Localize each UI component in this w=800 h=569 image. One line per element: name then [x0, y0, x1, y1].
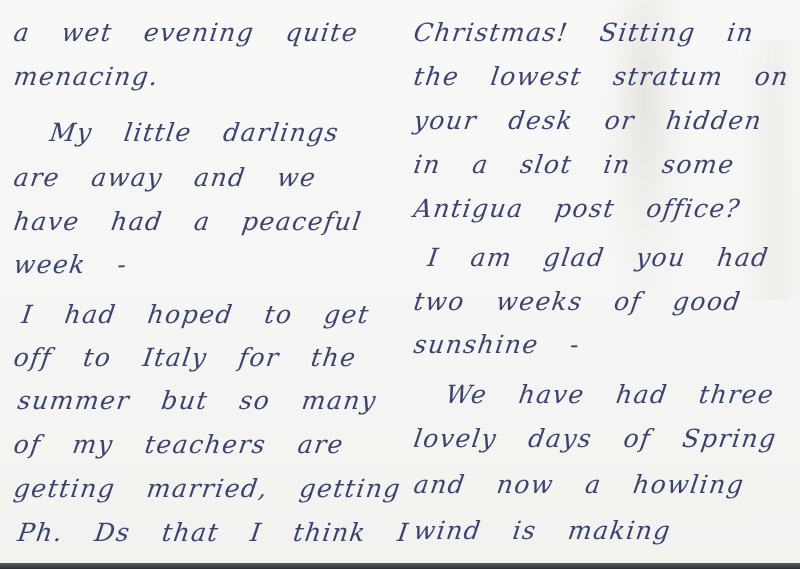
letter-line: getting married, getting	[12, 474, 403, 503]
letter-line: two weeks of good	[412, 287, 743, 316]
letter-line: of my teachers are	[12, 430, 346, 459]
letter-line: I am glad you had	[426, 243, 771, 272]
letter-line: Ph. Ds that I think I	[16, 518, 411, 547]
letter-line: a wet evening quite	[12, 18, 360, 47]
letter-sheet: a wet evening quite menacing. My little …	[0, 0, 800, 563]
letter-line: lovely days of Spring	[412, 424, 779, 453]
letter-page-right: Christmas! Sitting in the lowest stratum…	[400, 0, 800, 563]
letter-line: the lowest stratum on	[412, 62, 791, 91]
letter-line: sunshine -	[412, 330, 582, 359]
letter-line: Antigua post office?	[412, 194, 743, 223]
scan-bottom-edge	[0, 563, 800, 569]
letter-line: have had a peaceful	[12, 207, 364, 236]
letter-line: are away and we	[12, 163, 319, 192]
letter-line: your desk or hidden	[412, 106, 764, 135]
letter-line: Christmas! Sitting in	[412, 18, 756, 47]
letter-line: summer but so many	[16, 386, 379, 415]
letter-line: in a slot in some	[412, 150, 737, 179]
letter-line: menacing.	[12, 62, 161, 91]
letter-line: and now a howling	[412, 470, 747, 499]
letter-line: My little darlings	[48, 118, 341, 147]
letter-line: wind is making	[412, 516, 673, 545]
letter-line: I had hoped to get	[20, 300, 372, 329]
letter-line: off to Italy for the	[12, 343, 359, 372]
letter-line: We have had three	[444, 380, 776, 409]
letter-page-left: a wet evening quite menacing. My little …	[0, 0, 400, 563]
letter-line: week -	[12, 250, 130, 279]
